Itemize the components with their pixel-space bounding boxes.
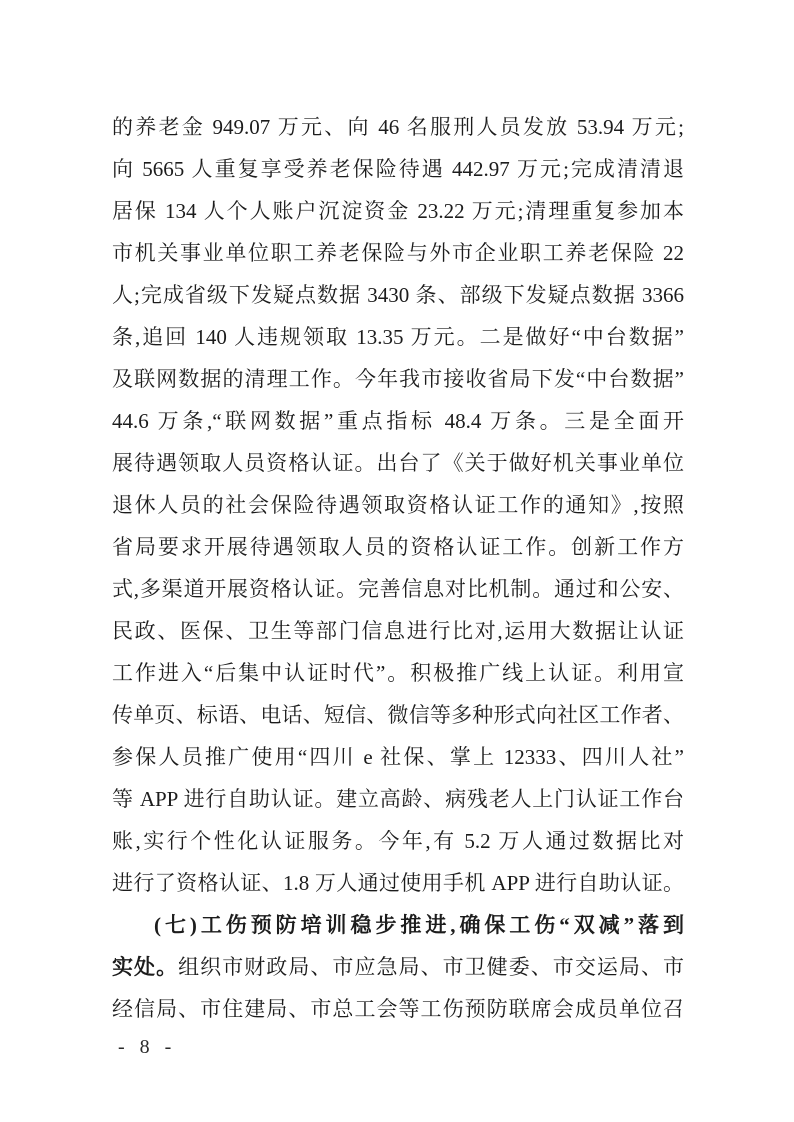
text-run: 等 APP 进行自助认证。建立高龄、病残老人上门认证工作台 — [112, 787, 684, 811]
text-line: 等 APP 进行自助认证。建立高龄、病残老人上门认证工作台 — [112, 778, 684, 820]
text-line: 的养老金 949.07 万元、向 46 名服刑人员发放 53.94 万元; — [112, 106, 684, 148]
text-line: 工作进入“后集中认证时代”。积极推广线上认证。利用宣 — [112, 652, 684, 694]
text-run: 工作进入“后集中认证时代”。积极推广线上认证。利用宣 — [112, 661, 684, 685]
text-run: 及联网数据的清理工作。今年我市接收省局下发“中台数据” — [112, 367, 684, 391]
text-line: 居保 134 人个人账户沉淀资金 23.22 万元;清理重复参加本 — [112, 190, 684, 232]
text-line: 传单页、标语、电话、短信、微信等多种形式向社区工作者、 — [112, 694, 684, 736]
text-line: 账,实行个性化认证服务。今年,有 5.2 万人通过数据比对 — [112, 820, 684, 862]
text-line: (七)工伤预防培训稳步推进,确保工伤“双减”落到 — [112, 904, 684, 946]
text-line: 省局要求开展待遇领取人员的资格认证工作。创新工作方 — [112, 526, 684, 568]
text-run: 传单页、标语、电话、短信、微信等多种形式向社区工作者、 — [112, 703, 684, 727]
text-line: 式,多渠道开展资格认证。完善信息对比机制。通过和公安、 — [112, 568, 684, 610]
text-line: 及联网数据的清理工作。今年我市接收省局下发“中台数据” — [112, 358, 684, 400]
text-line: 市机关事业单位职工养老保险与外市企业职工养老保险 22 — [112, 232, 684, 274]
bold-text-run: (七)工伤预防培训稳步推进,确保工伤“双减”落到 — [154, 913, 684, 937]
text-line: 实处。组织市财政局、市应急局、市卫健委、市交运局、市 — [112, 946, 684, 988]
text-run: 省局要求开展待遇领取人员的资格认证工作。创新工作方 — [112, 535, 684, 559]
text-line: 民政、医保、卫生等部门信息进行比对,运用大数据让认证 — [112, 610, 684, 652]
text-run: 条,追回 140 人违规领取 13.35 万元。二是做好“中台数据” — [112, 325, 684, 349]
text-run: 组织市财政局、市应急局、市卫健委、市交运局、市 — [178, 955, 684, 979]
text-run: 退休人员的社会保险待遇领取资格认证工作的通知》,按照 — [112, 493, 684, 517]
text-run: 的养老金 949.07 万元、向 46 名服刑人员发放 53.94 万元; — [112, 115, 684, 139]
text-line: 进行了资格认证、1.8 万人通过使用手机 APP 进行自助认证。 — [112, 862, 684, 904]
text-run: 人;完成省级下发疑点数据 3430 条、部级下发疑点数据 3366 — [112, 283, 684, 307]
document-page: 的养老金 949.07 万元、向 46 名服刑人员发放 53.94 万元;向 5… — [0, 0, 794, 1122]
text-line: 人;完成省级下发疑点数据 3430 条、部级下发疑点数据 3366 — [112, 274, 684, 316]
text-run: 经信局、市住建局、市总工会等工伤预防联席会成员单位召 — [112, 997, 684, 1021]
text-run: 民政、医保、卫生等部门信息进行比对,运用大数据让认证 — [112, 619, 684, 643]
document-text: 的养老金 949.07 万元、向 46 名服刑人员发放 53.94 万元;向 5… — [112, 106, 684, 1030]
text-run: 居保 134 人个人账户沉淀资金 23.22 万元;清理重复参加本 — [112, 199, 684, 223]
text-run: 向 5665 人重复享受养老保险待遇 442.97 万元;完成清清退 — [112, 157, 684, 181]
text-run: 进行了资格认证、1.8 万人通过使用手机 APP 进行自助认证。 — [112, 871, 684, 895]
text-run: 展待遇领取人员资格认证。出台了《关于做好机关事业单位 — [112, 451, 684, 475]
page-number: - 8 - — [118, 1036, 176, 1059]
text-line: 向 5665 人重复享受养老保险待遇 442.97 万元;完成清清退 — [112, 148, 684, 190]
text-line: 经信局、市住建局、市总工会等工伤预防联席会成员单位召 — [112, 988, 684, 1030]
text-line: 条,追回 140 人违规领取 13.35 万元。二是做好“中台数据” — [112, 316, 684, 358]
text-run: 市机关事业单位职工养老保险与外市企业职工养老保险 22 — [112, 241, 684, 265]
text-line: 44.6 万条,“联网数据”重点指标 48.4 万条。三是全面开 — [112, 400, 684, 442]
bold-text-run: 实处。 — [112, 955, 178, 979]
text-line: 展待遇领取人员资格认证。出台了《关于做好机关事业单位 — [112, 442, 684, 484]
text-run: 44.6 万条,“联网数据”重点指标 48.4 万条。三是全面开 — [112, 409, 684, 433]
text-line: 退休人员的社会保险待遇领取资格认证工作的通知》,按照 — [112, 484, 684, 526]
text-line: 参保人员推广使用“四川 e 社保、掌上 12333、四川人社” — [112, 736, 684, 778]
text-run: 账,实行个性化认证服务。今年,有 5.2 万人通过数据比对 — [112, 829, 684, 853]
text-run: 式,多渠道开展资格认证。完善信息对比机制。通过和公安、 — [112, 577, 684, 601]
text-run: 参保人员推广使用“四川 e 社保、掌上 12333、四川人社” — [112, 745, 684, 769]
